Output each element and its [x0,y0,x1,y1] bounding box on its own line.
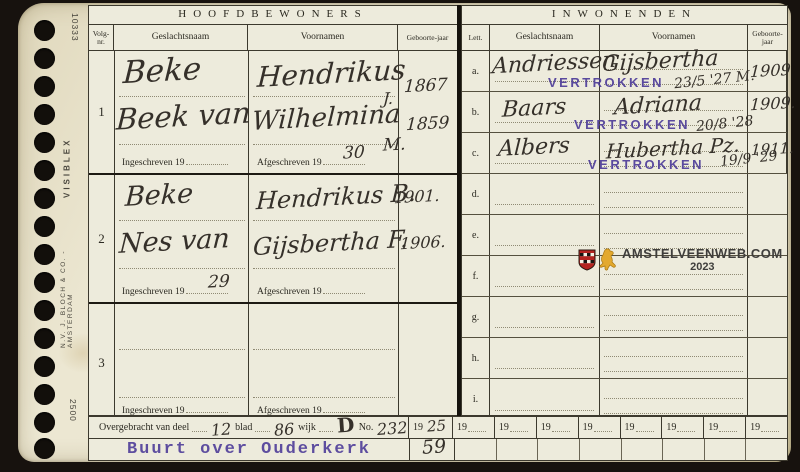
letter-value: h. [462,338,490,378]
year-cell: 19 [495,417,537,438]
punch-hole [34,188,55,209]
handwritten-year: 30 [343,144,366,162]
handwritten-firstname: Wilhelmina [251,101,401,135]
write-line [119,220,245,221]
handwritten-firstname: Hendrikus B. [255,181,416,213]
letter-value: e. [462,215,490,255]
lion-icon [599,248,619,272]
dotted-blank [323,285,365,294]
punch-hole [34,160,55,181]
handwritten-deel: 12 [210,421,231,438]
punch-hole [34,272,55,293]
empty-cell [746,439,787,460]
punch-hole [34,132,55,153]
vertrokken-stamp: VERTROKKEN [574,117,690,132]
surname-cell [490,174,600,214]
letter-value: g. [462,297,490,337]
handwritten-surname: Beek van [115,98,251,134]
inwonenden-header: Lett. Geslachtsnaam Voornamen Geboorte-j… [462,25,787,51]
scanned-document-background: { "colors": { "stamp_purple": "#4e3d99",… [0,0,800,472]
inwonende-row-d: d. [462,174,787,215]
dotted-blank [510,423,528,432]
punch-hole [34,328,55,349]
handwritten-surname: Albers [497,135,570,161]
inwonenden-title: INWONENDEN [462,6,787,25]
buurt-stamp-cell: Buurt over Ouderkerk [89,439,410,460]
year-cell: 19 [746,417,787,438]
inwonende-row-c: c. Albers Hubertha Pz. 1911. VERTROKKEN … [462,133,787,174]
write-line [119,349,245,350]
punch-hole [34,438,55,459]
year-cell: 19 [537,417,579,438]
punch-hole [34,76,55,97]
write-line [253,144,395,145]
handwritten-birthyear: 1901. [394,188,441,206]
ingeschreven-field: Ingeschreven 19 [122,156,228,168]
label-deel: Overgebracht van deel [99,422,189,433]
handwritten-surname: Beke [124,180,193,211]
handwritten-firstname: Hendrikus [256,56,406,92]
dotted-blank [552,423,570,432]
letter-value: c. [462,133,490,173]
empty-cell [538,439,580,460]
hoofdbewoner-section-3: 3 Ingeschreven 19 Afgeschreven 19 [89,304,457,421]
write-line [119,144,245,145]
letter-value: a. [462,51,490,91]
dotted-blank [186,156,228,165]
firstnames-cell [600,297,748,337]
punch-hole [34,216,55,237]
year-cell-1925: 19 25 [409,417,453,438]
transfer-footer: Overgebracht van deel 12 blad 86 wijk D … [88,416,788,461]
letter-value: f. [462,256,490,296]
letter-value: d. [462,174,490,214]
handwritten-initial: M. [383,136,407,154]
printer-imprint: N.V. J. BLOCH & CO. - AMSTERDAM VISIBLEX [60,138,74,348]
registration-card: 10333 2500 N.V. J. BLOCH & CO. - AMSTERD… [18,3,791,462]
column-line [248,304,249,421]
volgnr-value: 2 [89,175,114,302]
form-number-top: 10333 [70,13,80,42]
col-geslachtsnaam: Geslachtsnaam [114,25,248,50]
empty-cell [497,439,539,460]
label-wijk: wijk [298,422,316,433]
inwonende-row-g: g. [462,297,787,338]
column-line [114,51,115,173]
afgeschreven-field: Afgeschreven 19 [257,285,365,297]
handwritten-surname: Beke [122,54,202,89]
brand-name: VISIBLEX [63,138,72,198]
handwritten-surname: Nes van [118,225,230,258]
year-cell: 19 [704,417,746,438]
punch-hole [34,300,55,321]
empty-cell [622,439,664,460]
punch-hole [34,356,55,377]
handwritten-birthyear: 1867 [404,77,448,96]
handwritten-surname: Baars [501,96,566,121]
buurt-over-ouderkerk-stamp: Buurt over Ouderkerk [127,440,371,459]
empty-cell [580,439,622,460]
number-cell: 59 [410,439,455,460]
dotted-blank [192,423,206,432]
hoofdbewoners-table: HOOFDBEWONERS Volg-nr. Geslachtsnaam Voo… [88,5,458,416]
col-voornamen: Voornamen [248,25,398,50]
stamp-row: Buurt over Ouderkerk 59 [89,439,787,460]
empty-cell [705,439,747,460]
surname-cell [490,338,600,378]
firstnames-cell [600,338,748,378]
dotted-blank [186,404,228,413]
printer-name: N.V. J. BLOCH & CO. - AMSTERDAM [60,199,74,348]
inwonende-row-h: h. [462,338,787,379]
dotted-blank [761,423,779,432]
handwritten-number: 59 [421,437,446,458]
col-voornamen: Voornamen [600,25,748,50]
overgebracht-field: Overgebracht van deel 12 blad 86 wijk D … [89,417,409,438]
year-cell: 19 [579,417,621,438]
year-cell: 19 [453,417,495,438]
inwonende-row-b: b. Baars Adriana 1909. VERTROKKEN 20/8 '… [462,92,787,133]
column-line [114,304,115,421]
col-geboortejaar: Geboorte-jaar [748,25,787,50]
birthyear-cell [748,338,787,378]
empty-cell [663,439,705,460]
vertrokken-stamp: VERTROKKEN [588,157,704,172]
handwritten-firstname: Gijsbertha [602,48,719,76]
surname-cell [490,379,600,420]
punch-hole [34,412,55,433]
hoofdbewoners-title: HOOFDBEWONERS [89,6,457,25]
handwritten-birthyear: 1906. [400,234,447,252]
birthyear-cell [748,379,787,420]
ingeschreven-field: Ingeschreven 19 [122,404,228,416]
dotted-blank [255,423,269,432]
year-cell: 19 [621,417,663,438]
hoofdbewoner-section-1: 1 Beke Hendrikus J. 1867 Beek van Wilhel… [89,51,457,175]
write-line [119,268,245,269]
handwritten-birthyear: 1859 [406,115,450,134]
col-geboortejaar: Geboorte-jaar [398,25,457,50]
dotted-blank [636,423,654,432]
dotted-blank [594,423,612,432]
volgnr-value: 1 [89,51,114,173]
dotted-blank [323,404,365,413]
inwonende-row-a: a. Andriessen Gijsbertha 1909 VERTROKKEN… [462,51,787,92]
surname-cell [490,297,600,337]
watermark-text: AMSTELVEENWEB.COM 2023 [622,247,783,273]
write-line [253,220,395,221]
ingeschreven-field: Ingeschreven 19 29 [122,285,228,297]
dotted-blank [468,423,486,432]
dotted-blank [319,423,333,432]
firstnames-cell [600,379,748,420]
handwritten-wijk: D [337,414,356,435]
dotted-blank [719,423,737,432]
punch-hole [34,244,55,265]
volgnr-value: 3 [89,304,114,421]
handwritten-birthyear: 1909. [750,95,797,113]
handwritten-no: 232 [377,419,409,437]
firstnames-cell [600,174,748,214]
label-no: No. [359,422,374,433]
hoofdbewoners-header: Volg-nr. Geslachtsnaam Voornamen Geboort… [89,25,457,51]
hoofdbewoner-section-2: 2 Beke Hendrikus B. 1901. Nes van Gijsbe… [89,175,457,304]
coat-of-arms-icon [578,249,596,271]
inwonenden-table: INWONENDEN Lett. Geslachtsnaam Voornamen… [461,5,788,416]
punch-hole [34,20,55,41]
write-line [253,349,395,350]
column-line [248,175,249,302]
birthyear-cell [748,297,787,337]
write-line [253,397,395,398]
write-line [253,268,395,269]
letter-value: b. [462,92,490,132]
handwritten-birthyear: 1909 [750,62,792,80]
handwritten-year: 25 [427,418,447,434]
year-cell: 19 [662,417,704,438]
punch-hole [34,384,55,405]
punch-hole [34,104,55,125]
col-geslachtsnaam: Geslachtsnaam [490,25,600,50]
letter-value: i. [462,379,490,420]
write-line [119,397,245,398]
form-number-bottom: 2500 [68,399,78,422]
col-lett: Lett. [462,25,490,50]
vertrokken-stamp: VERTROKKEN [548,75,664,90]
handwritten-blad: 86 [273,421,294,438]
empty-cell [455,439,497,460]
dotted-blank [677,423,695,432]
label-blad: blad [235,422,252,433]
birthyear-cell [748,174,787,214]
punch-hole [34,48,55,69]
handwritten-year: 29 [208,273,231,291]
write-line [253,96,395,97]
inwonende-row-i: i. [462,379,787,420]
column-line [398,304,399,421]
afgeschreven-field: Afgeschreven 19 30 [257,156,365,168]
handwritten-firstname: Gijsbertha F. [252,227,408,259]
col-volgnr: Volg-nr. [89,25,114,50]
column-line [114,175,115,302]
amstelveenweb-watermark: AMSTELVEENWEB.COM 2023 [578,247,783,273]
handwritten-firstname: Adriana [613,93,702,120]
